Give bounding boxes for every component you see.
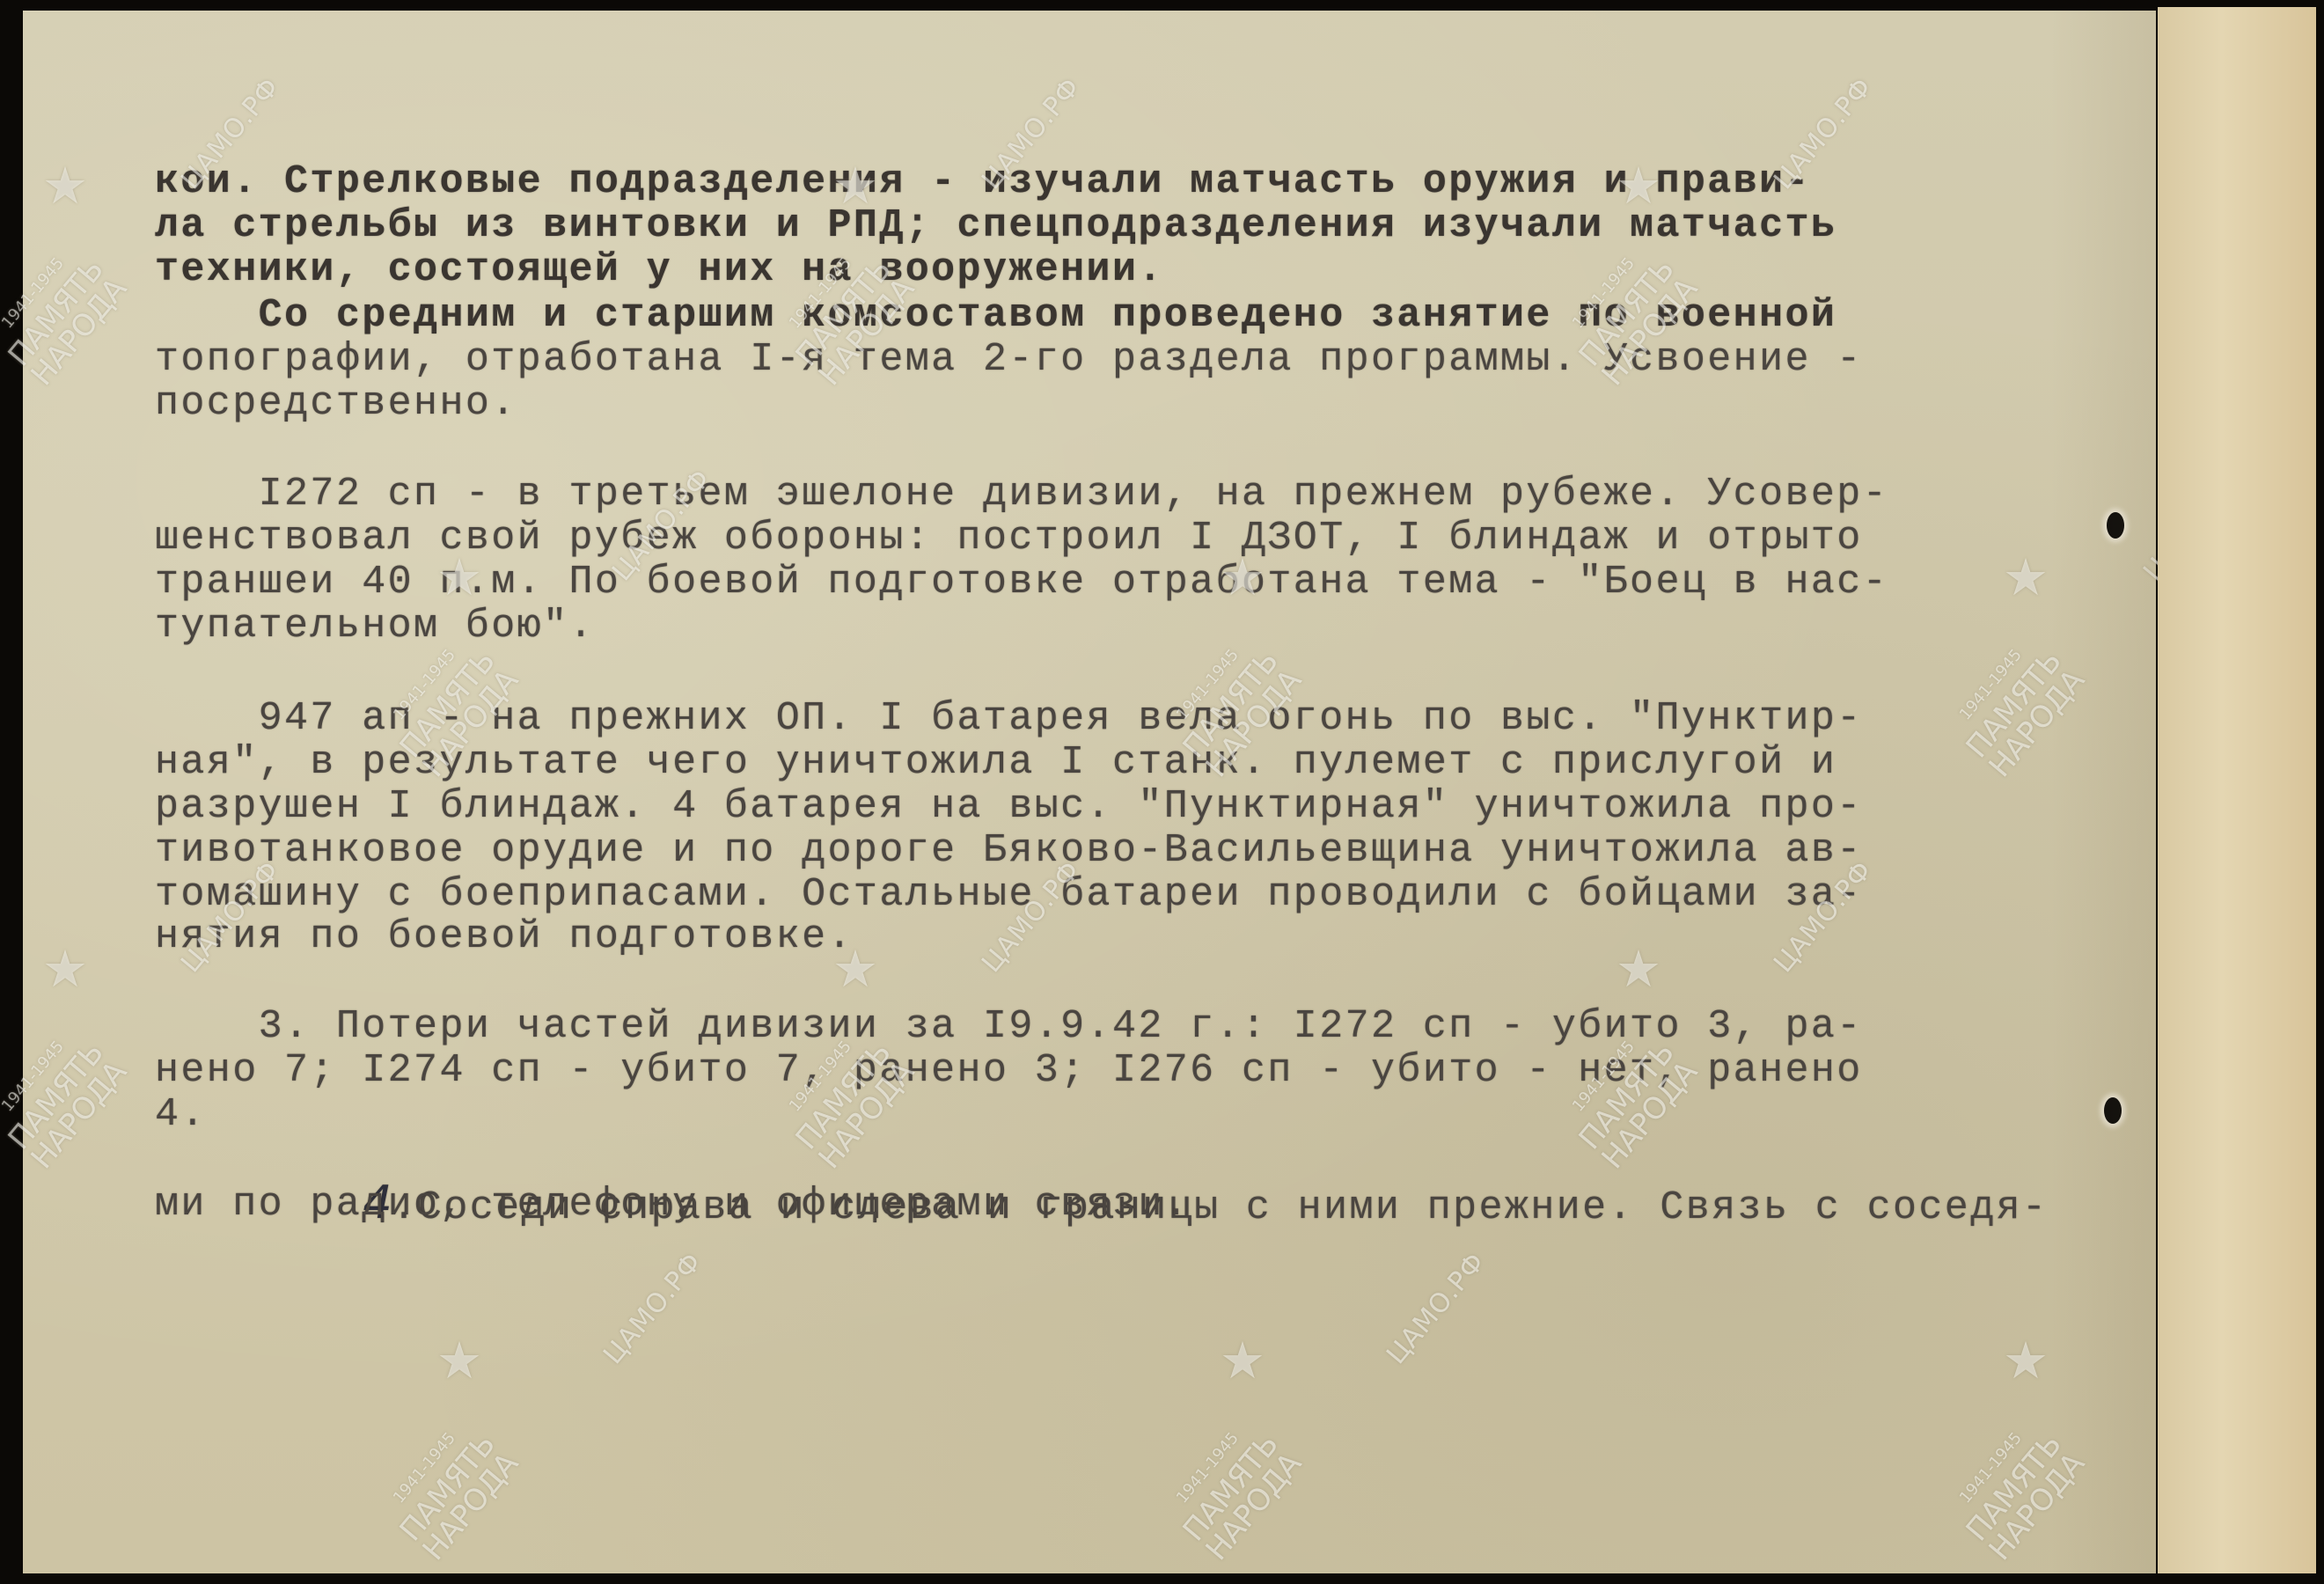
- star-icon: ★: [832, 156, 878, 216]
- watermark-memory: 1941-1945ПАМЯТЬНАРОДА: [372, 1410, 524, 1566]
- text-line: нятия по боевой подготовке.: [155, 915, 854, 959]
- text-line: шенствовал свой рубеж обороны: построил …: [155, 517, 1863, 561]
- text-line: топографии, отработана I-я тема 2-го раз…: [155, 338, 1863, 382]
- star-icon: ★: [832, 939, 878, 999]
- text-line: Со средним и старшим комсоставом проведе…: [155, 294, 1836, 338]
- scan-border: [0, 1573, 2324, 1584]
- watermark-memory: 1941-1945ПАМЯТЬНАРОДА: [1939, 1410, 2090, 1566]
- star-icon: ★: [1220, 547, 1265, 607]
- star-icon: ★: [1616, 939, 1661, 999]
- text-line: I272 сп - в третьем эшелоне дивизии, на …: [155, 473, 1888, 517]
- star-icon: ★: [2003, 547, 2049, 607]
- text-line: 4.: [155, 1093, 207, 1137]
- star-icon: ★: [436, 1331, 482, 1390]
- watermark-memory: 1941-1945ПАМЯТЬНАРОДА: [0, 235, 132, 391]
- watermark-memory: 1941-1945ПАМЯТЬНАРОДА: [1939, 627, 2090, 782]
- text-line: траншеи 40 п.м. По боевой подготовке отр…: [155, 561, 1888, 605]
- punch-hole: [2107, 512, 2124, 539]
- text-line: тивотанковое орудие и по дороге Бяково-В…: [155, 829, 1863, 873]
- text-line: посредственно.: [155, 382, 517, 426]
- text-line: 947 ап - на прежних ОП. I батарея вела о…: [155, 697, 1863, 741]
- watermark-memory: 1941-1945ПАМЯТЬНАРОДА: [0, 1018, 132, 1174]
- star-icon: ★: [42, 939, 88, 999]
- punch-hole: [2104, 1097, 2122, 1124]
- text-line: ная", в результате чего уничтожила I ста…: [155, 741, 1836, 785]
- text-line: 3. Потери частей дивизии за I9.9.42 г.: …: [155, 1005, 1863, 1049]
- adjacent-page-edge: [2158, 7, 2316, 1577]
- document-page: кои. Стрелковые подразделения - изучали …: [23, 11, 2156, 1573]
- star-icon: ★: [1220, 1331, 1265, 1390]
- text-line: нено 7; I274 сп - убито 7, ранено 3; I27…: [155, 1049, 1863, 1093]
- watermark-memory: 1941-1945ПАМЯТЬНАРОДА: [1155, 1410, 1307, 1566]
- star-icon: ★: [42, 156, 88, 216]
- text-line: кои. Стрелковые подразделения - изучали …: [155, 160, 1811, 204]
- text-line: ми по радио, телефону и офицерами связи.: [155, 1183, 1190, 1227]
- text-line: ла стрельбы из винтовки и РПД; спецподра…: [155, 204, 1836, 248]
- star-icon: ★: [436, 547, 482, 607]
- text-line: разрушен I блиндаж. 4 батарея на выс. "П…: [155, 785, 1863, 829]
- star-icon: ★: [1616, 156, 1661, 216]
- text-line: тупательном бою".: [155, 605, 595, 649]
- star-icon: ★: [2003, 1331, 2049, 1390]
- text-line: томашину с боеприпасами. Остальные батар…: [155, 873, 1863, 917]
- text-line: техники, состоящей у них на вооружении.: [155, 248, 1164, 292]
